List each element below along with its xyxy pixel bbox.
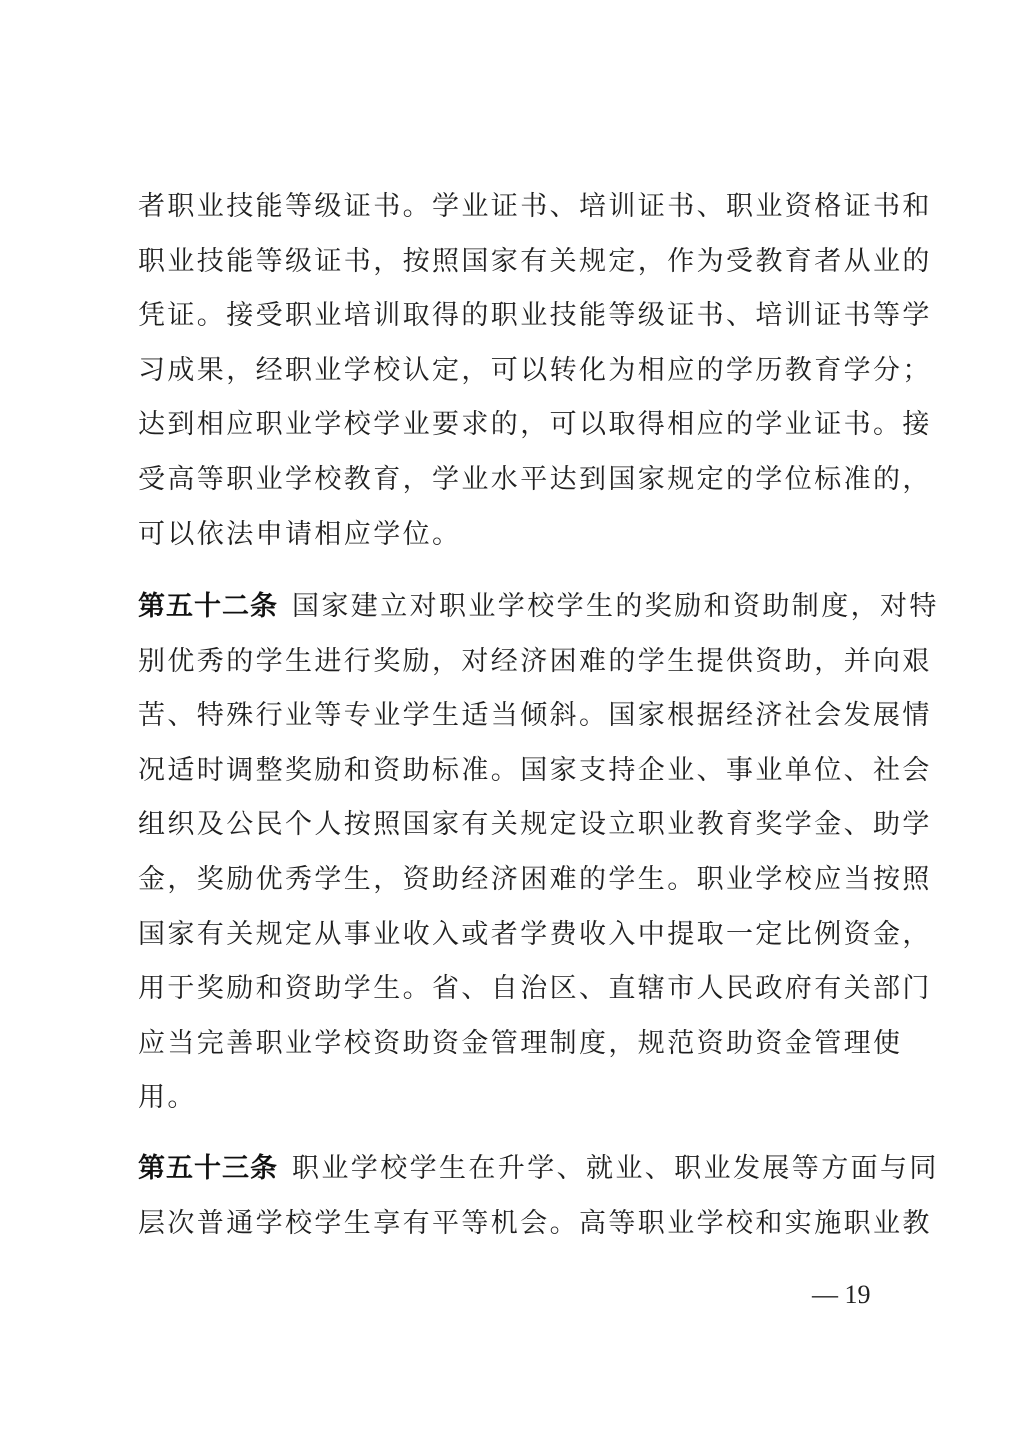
text-line: 达到相应职业学校学业要求的，可以取得相应的学业证书。接 <box>138 398 898 453</box>
text-line: 者职业技能等级证书。学业证书、培训证书、职业资格证书和 <box>138 180 898 235</box>
text-line: 苦、特殊行业等专业学生适当倾斜。国家根据经济社会发展情 <box>138 689 898 744</box>
text-line: 别优秀的学生进行奖励，对经济困难的学生提供资助，并向艰 <box>138 635 898 690</box>
text-line: 况适时调整奖励和资助标准。国家支持企业、事业单位、社会 <box>138 744 898 799</box>
text-line: 凭证。接受职业培训取得的职业技能等级证书、培训证书等学 <box>138 289 898 344</box>
text-line-content: 国家建立对职业学校学生的奖励和资助制度，对特 <box>292 591 939 622</box>
article-53: 第五十三条职业学校学生在升学、就业、职业发展等方面与同 层次普通学校学生享有平等… <box>138 1142 898 1251</box>
text-line-content: 职业学校学生在升学、就业、职业发展等方面与同 <box>292 1153 939 1184</box>
text-line: 国家有关规定从事业收入或者学费收入中提取一定比例资金， <box>138 908 898 963</box>
text-line: 第五十三条职业学校学生在升学、就业、职业发展等方面与同 <box>138 1142 898 1197</box>
page-number: — 19 <box>812 1280 871 1310</box>
text-line: 金，奖励优秀学生，资助经济困难的学生。职业学校应当按照 <box>138 853 898 908</box>
document-page: 者职业技能等级证书。学业证书、培训证书、职业资格证书和 职业技能等级证书，按照国… <box>0 0 1024 1448</box>
text-line: 第五十二条国家建立对职业学校学生的奖励和资助制度，对特 <box>138 580 898 635</box>
text-line: 组织及公民个人按照国家有关规定设立职业教育奖学金、助学 <box>138 798 898 853</box>
article-heading: 第五十二条 <box>138 591 278 622</box>
text-line: 层次普通学校学生享有平等机会。高等职业学校和实施职业教 <box>138 1197 898 1252</box>
article-heading: 第五十三条 <box>138 1153 278 1184</box>
text-line: 受高等职业学校教育，学业水平达到国家规定的学位标准的， <box>138 453 898 508</box>
text-line: 可以依法申请相应学位。 <box>138 508 898 563</box>
text-line: 习成果，经职业学校认定，可以转化为相应的学历教育学分； <box>138 344 898 399</box>
paragraph-continued: 者职业技能等级证书。学业证书、培训证书、职业资格证书和 职业技能等级证书，按照国… <box>138 180 898 562</box>
text-line: 用于奖励和资助学生。省、自治区、直辖市人民政府有关部门 <box>138 962 898 1017</box>
text-line: 用。 <box>138 1071 898 1126</box>
text-line: 职业技能等级证书，按照国家有关规定，作为受教育者从业的 <box>138 235 898 290</box>
article-52: 第五十二条国家建立对职业学校学生的奖励和资助制度，对特 别优秀的学生进行奖励，对… <box>138 580 898 1126</box>
text-line: 应当完善职业学校资助资金管理制度，规范资助资金管理使 <box>138 1017 898 1072</box>
